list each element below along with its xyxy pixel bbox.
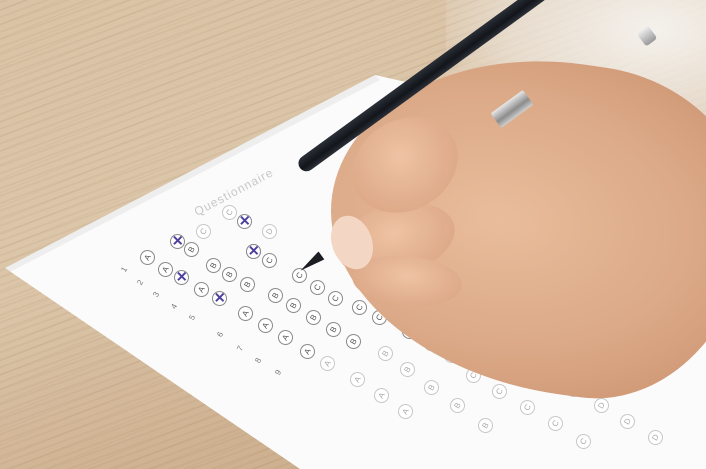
photo-scene: Questionnaire 1 2 3 4 5 6 7 8 9 A B A B … bbox=[0, 0, 706, 469]
